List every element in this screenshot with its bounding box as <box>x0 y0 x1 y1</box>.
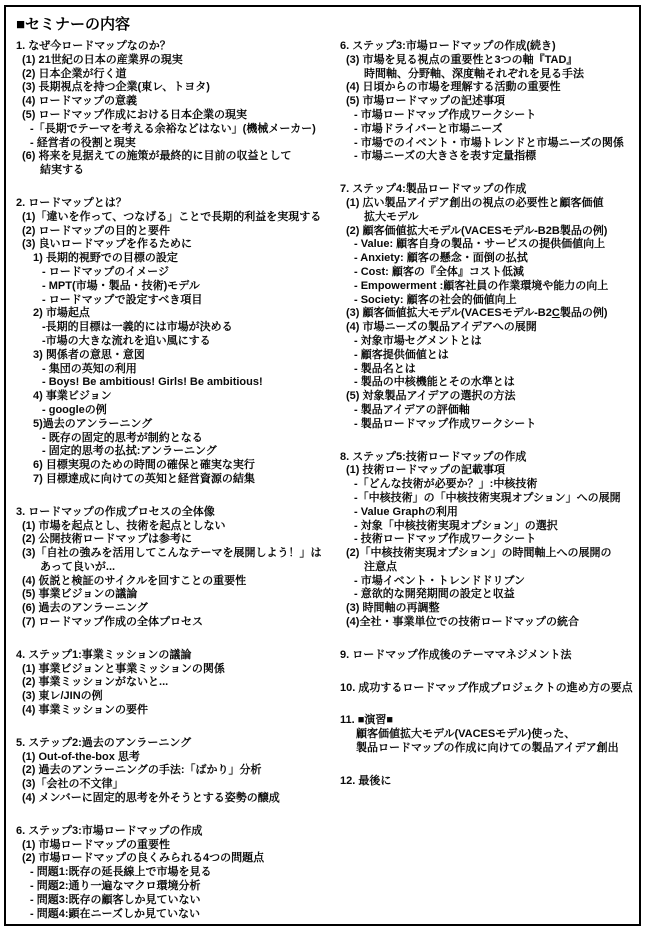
toc-line: 1. なぜ今ロードマップなのか？ <box>16 40 338 54</box>
toc-line: - MPT(市場・製品・技術)モデル <box>16 280 338 294</box>
toc-line: - 製品名とは <box>340 363 641 377</box>
toc-line: - Cost: 顧客の『全体』コスト低減 <box>340 266 641 280</box>
toc-line: 時間軸、分野軸、深度軸それぞれを見る手法 <box>340 68 641 82</box>
toc-line: (4)全社・事業単位での技術ロードマップの統合 <box>340 616 641 630</box>
toc-section: 2. ロードマップとは？(1)「違いを作って、つなげる」ことで長期的利益を実現す… <box>16 197 338 487</box>
underlined-text: C <box>552 307 560 319</box>
toc-line: 4. ステップ1:事業ミッションの議論 <box>16 649 338 663</box>
toc-line: (2) 公開技術ロードマップは参考に <box>16 533 338 547</box>
toc-line: (2) ロードマップの目的と要件 <box>16 225 338 239</box>
toc-line: - 製品の中核機能とその水準とは <box>340 376 641 390</box>
toc-section: 3. ロードマップの作成プロセスの全体像(1) 市場を起点とし、技術を起点としな… <box>16 506 338 630</box>
toc-line: (1) 市場ロードマップの重要性 <box>16 839 338 853</box>
toc-line: 6) 目標実現のための時間の確保と確実な実行 <box>16 459 338 473</box>
toc-line: (3) 良いロードマップを作るために <box>16 238 338 252</box>
toc-line: 顧客価値拡大モデル(VACESモデル)使った、 <box>340 728 641 742</box>
page-title: ■セミナーの内容 <box>16 13 633 34</box>
toc-line: - 市場でのイベント・市場トレンドと市場ニーズの関係 <box>340 137 641 151</box>
toc-line: - 問題3:既存の顧客しか見ていない <box>16 894 338 908</box>
toc-line: - 問題4:顕在ニーズしか見ていない <box>16 908 338 922</box>
toc-section: 7. ステップ4:製品ロードマップの作成(1) 広い製品アイデア創出の視点の必要… <box>340 183 641 431</box>
toc-line: (4) ロードマップの意義 <box>16 95 338 109</box>
toc-line: 3) 関係者の意思・意図 <box>16 349 338 363</box>
toc-line: - 顧客提供価値とは <box>340 349 641 363</box>
toc-line: (4) 日頃からの市場を理解する活動の重要性 <box>340 81 641 95</box>
toc-line: (2) 過去のアンラーニングの手法:「ばかり」分析 <box>16 764 338 778</box>
toc-line: - 市場ニーズの大きさを表す定量指標 <box>340 150 641 164</box>
toc-line: - 市場ロードマップ作成ワークシート <box>340 109 641 123</box>
toc-line: (3)「会社の不文律」 <box>16 778 338 792</box>
toc-section: 4. ステップ1:事業ミッションの議論(1) 事業ビジョンと事業ミッションの関係… <box>16 649 338 718</box>
toc-line: 6. ステップ3:市場ロードマップの作成 <box>16 825 338 839</box>
toc-columns: 1. なぜ今ロードマップなのか？(1) 21世紀の日本の産業界の現実(2) 日本… <box>14 40 633 926</box>
toc-line: 7) 目標達成に向けての英知と経営資源の結集 <box>16 473 338 487</box>
toc-line: - 問題1:既存の延長線上で市場を見る <box>16 866 338 880</box>
toc-line: (3) 東レ/JINの例 <box>16 690 338 704</box>
toc-line: - Boys! Be ambitious! Girls! Be ambitiou… <box>16 376 338 390</box>
toc-section: 9. ロードマップ作成後のテーママネジメント法 <box>340 649 641 663</box>
toc-line: (2) 日本企業が行く道 <box>16 68 338 82</box>
toc-line: - googleの例 <box>16 404 338 418</box>
toc-line: - 技術ロードマップ作成ワークシート <box>340 533 641 547</box>
toc-line: - Value Graphの利用 <box>340 506 641 520</box>
toc-line: - ロードマップのイメージ <box>16 266 338 280</box>
document-frame: ■セミナーの内容 1. なぜ今ロードマップなのか？(1) 21世紀の日本の産業界… <box>4 5 641 926</box>
toc-line: 注意点 <box>340 561 641 575</box>
toc-line: (1) 広い製品アイデア創出の視点の必要性と顧客価値 <box>340 197 641 211</box>
toc-line: - 対象「中核技術実現オプション」の選択 <box>340 520 641 534</box>
toc-line: (1) Out-of-the-box 思考 <box>16 751 338 765</box>
toc-section: 6. ステップ3:市場ロードマップの作成(1) 市場ロードマップの重要性(2) … <box>16 825 338 922</box>
toc-line: (6) 過去のアンラーニング <box>16 602 338 616</box>
toc-line: 9. ロードマップ作成後のテーママネジメント法 <box>340 649 641 663</box>
toc-line: (1) 事業ビジョンと事業ミッションの関係 <box>16 663 338 677</box>
toc-line: - Empowerment :顧客社員の作業環境や能力の向上 <box>340 280 641 294</box>
toc-line: - ロードマップで設定すべき項目 <box>16 294 338 308</box>
toc-section: 10. 成功するロードマップ作成プロジェクトの進め方の要点 <box>340 682 641 696</box>
toc-line: (5) ロードマップ作成における日本企業の現実 <box>16 109 338 123</box>
toc-section: 5. ステップ2:過去のアンラーニング(1) Out-of-the-box 思考… <box>16 737 338 806</box>
toc-line: (4) 仮説と検証のサイクルを回すことの重要性 <box>16 575 338 589</box>
toc-line: 11. ■演習■ <box>340 714 641 728</box>
toc-line: 5)過去のアンラーニング <box>16 418 338 432</box>
toc-line: -「中核技術」の「中核技術実現オプション」への展開 <box>340 492 641 506</box>
toc-line: - 市場ドライバーと市場ニーズ <box>340 123 641 137</box>
toc-line: 5. ステップ2:過去のアンラーニング <box>16 737 338 751</box>
toc-line: -長期的目標は一義的には市場が決める <box>16 321 338 335</box>
toc-line: - 対象市場セグメントとは <box>340 335 641 349</box>
toc-line: (3) 市場を見る視点の重要性と3つの軸『TAD』 <box>340 54 641 68</box>
toc-line: 拡大モデル <box>340 211 641 225</box>
toc-section: 8. ステップ5:技術ロードマップの作成(1) 技術ロードマップの記載事項-「ど… <box>340 451 641 630</box>
toc-line: (5) 対象製品アイデアの選択の方法 <box>340 390 641 404</box>
toc-line: (1)「違いを作って、つなげる」ことで長期的利益を実現する <box>16 211 338 225</box>
toc-line: - 製品アイデアの評価軸 <box>340 404 641 418</box>
toc-line: 製品ロードマップの作成に向けての製品アイデア創出 <box>340 742 641 756</box>
toc-line: - 既存の固定的思考が制約となる <box>16 432 338 446</box>
toc-line: (2) 市場ロードマップの良くみられる4つの問題点 <box>16 852 338 866</box>
toc-line: (3) 時間軸の再調整 <box>340 602 641 616</box>
toc-line: (2) 顧客価値拡大モデル(VACESモデル-B2B製品の例) <box>340 225 641 239</box>
toc-line: 4) 事業ビジョン <box>16 390 338 404</box>
toc-line: - 製品ロードマップ作成ワークシート <box>340 418 641 432</box>
toc-line: (4) 事業ミッションの要件 <box>16 704 338 718</box>
toc-line: 12. 最後に <box>340 775 641 789</box>
toc-line: (2) 事業ミッションがないと... <box>16 676 338 690</box>
toc-line: (3)「自社の強みを活用してこんなテーマを展開しよう！」は <box>16 547 338 561</box>
toc-section: 12. 最後に <box>340 775 641 789</box>
toc-line: (7) ロードマップ作成の全体プロセス <box>16 616 338 630</box>
toc-line: (5) 事業ビジョンの議論 <box>16 588 338 602</box>
toc-line: 6. ステップ3:市場ロードマップの作成(続き) <box>340 40 641 54</box>
toc-line: 2) 市場起点 <box>16 307 338 321</box>
toc-line: (2)「中核技術実現オプション」の時間軸上への展開の <box>340 547 641 561</box>
toc-line: 2. ロードマップとは？ <box>16 197 338 211</box>
toc-line: (5) 市場ロードマップの記述事項 <box>340 95 641 109</box>
toc-section: 11. ■演習■顧客価値拡大モデル(VACESモデル)使った、製品ロードマップの… <box>340 714 641 755</box>
toc-line: (1) 21世紀の日本の産業界の現実 <box>16 54 338 68</box>
toc-line: 7. ステップ4:製品ロードマップの作成 <box>340 183 641 197</box>
toc-line: -「長期でテーマを考える余裕などはない」(機械メーカー) <box>16 123 338 137</box>
toc-line: (1) 技術ロードマップの記載事項 <box>340 464 641 478</box>
toc-line: (3) 長期視点を持つ企業(東レ、トヨタ) <box>16 81 338 95</box>
toc-line: - 問題2:通り一遍なマクロ環境分析 <box>16 880 338 894</box>
toc-line: - Anxiety: 顧客の懸念・面倒の払拭 <box>340 252 641 266</box>
toc-line: 3. ロードマップの作成プロセスの全体像 <box>16 506 338 520</box>
toc-section: 6. ステップ3:市場ロードマップの作成(続き)(3) 市場を見る視点の重要性と… <box>340 40 641 164</box>
toc-line: - Value: 顧客自身の製品・サービスの提供価値向上 <box>340 238 641 252</box>
toc-line: (6) 将来を見据えての施策が最終的に目前の収益として <box>16 150 338 164</box>
toc-line: (3) 顧客価値拡大モデル(VACESモデル-B2C製品の例) <box>340 307 641 321</box>
toc-line: 10. 成功するロードマップ作成プロジェクトの進め方の要点 <box>340 682 641 696</box>
toc-line: 結実する <box>16 164 338 178</box>
toc-line: -「どんな技術が必要か？」:中核技術 <box>340 478 641 492</box>
toc-line: (4) メンバーに固定的思考を外そうとする姿勢の醸成 <box>16 792 338 806</box>
toc-line: - 市場イベント・トレンドドリブン <box>340 575 641 589</box>
toc-line: (1) 市場を起点とし、技術を起点としない <box>16 520 338 534</box>
toc-line: -市場の大きな流れを追い風にする <box>16 335 338 349</box>
toc-column-right: 6. ステップ3:市場ロードマップの作成(続き)(3) 市場を見る視点の重要性と… <box>340 40 641 926</box>
toc-line: - 固定的思考の払拭:アンラーニング <box>16 445 338 459</box>
toc-line: (4) 市場ニーズの製品アイデアへの展開 <box>340 321 641 335</box>
toc-line: 8. ステップ5:技術ロードマップの作成 <box>340 451 641 465</box>
toc-line: あって良いが... <box>16 561 338 575</box>
toc-line: 1) 長期的視野での目標の設定 <box>16 252 338 266</box>
toc-section: 1. なぜ今ロードマップなのか？(1) 21世紀の日本の産業界の現実(2) 日本… <box>16 40 338 178</box>
toc-column-left: 1. なぜ今ロードマップなのか？(1) 21世紀の日本の産業界の現実(2) 日本… <box>16 40 338 926</box>
toc-line: - Society: 顧客の社会的価値向上 <box>340 294 641 308</box>
toc-line: - 集団の英知の利用 <box>16 363 338 377</box>
toc-line: - 経営者の役割と現実 <box>16 137 338 151</box>
toc-line: - 意欲的な開発期間の設定と収益 <box>340 588 641 602</box>
